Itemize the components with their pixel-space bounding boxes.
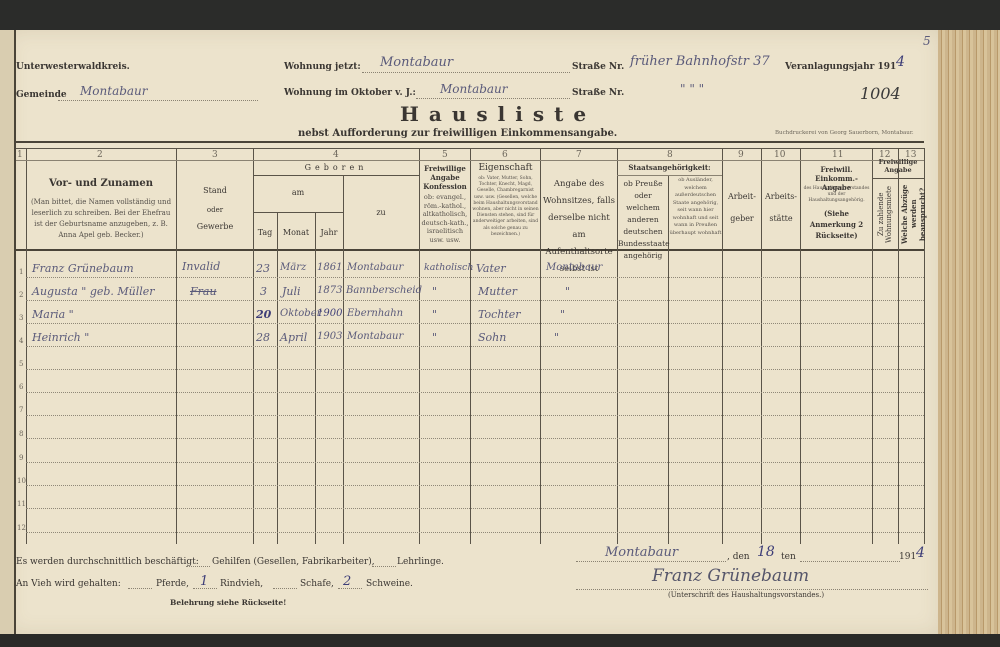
row-number: 7 <box>19 406 23 414</box>
wohnung-oktober-value: Montabaur <box>440 82 508 96</box>
cell-monat: April <box>280 331 307 344</box>
row-number: 12 <box>17 524 26 532</box>
header-staats-preusse: ob Preuße oder welchem anderen deutschen… <box>618 178 668 262</box>
cell-geburtsort: Montabaur <box>347 262 403 273</box>
col-number: 4 <box>333 150 339 160</box>
gehilfen-label: Gehilfen (Gesellen, Fabrikarbeiter), <box>212 557 375 567</box>
strasse-label-2: Straße Nr. <box>572 88 624 98</box>
cell-monat: Oktober <box>280 308 321 319</box>
printer-imprint: Buchdruckerei von Georg Sauerborn, Monta… <box>775 130 914 136</box>
freiwillig-line <box>872 178 924 179</box>
cell-jahr: 1903 <box>317 331 342 342</box>
header-eigenschaft-note: ob: Vater, Mutter, Sohn, Tochter, Knecht… <box>472 176 539 238</box>
row-number: 11 <box>17 500 26 508</box>
page-number-corner: 5 <box>923 34 931 48</box>
row-line <box>26 323 924 324</box>
col-number: 11 <box>832 150 843 160</box>
belehrung-note: Belehrung siehe Rückseite! <box>170 598 286 607</box>
cell-name: Franz Grünebaum <box>32 262 134 275</box>
cell-eigenschaft: Mutter <box>478 285 517 298</box>
strasse-value-2: " " " <box>680 82 704 96</box>
district-label: Unterwesterwaldkreis. <box>16 62 130 72</box>
table-top-border <box>16 141 924 143</box>
document-subtitle: nebst Aufforderung zur freiwilligen Eink… <box>298 128 617 139</box>
wohnung-jetzt-label: Wohnung jetzt: <box>284 62 361 72</box>
gehilfen-line <box>186 566 210 567</box>
row-line <box>26 346 924 347</box>
row-number: 10 <box>17 477 26 485</box>
veranlagungsjahr-value: 4 <box>896 54 905 70</box>
list-number: 1004 <box>860 84 901 103</box>
row-number: 4 <box>19 337 23 345</box>
strasse-value-1: früher Bahnhofstr 37 <box>630 54 770 69</box>
row-number: 3 <box>19 314 23 322</box>
cell-name: Augusta " geb. Müller <box>32 285 155 298</box>
col-divider <box>277 212 278 544</box>
cell-konfession: " <box>432 331 437 344</box>
header-jahr: Jahr <box>315 228 343 238</box>
strasse-label-1: Straße Nr. <box>572 62 624 72</box>
schafe-label: Schafe, <box>300 579 334 589</box>
cell-geburtsort: Bannberscheid <box>346 285 422 296</box>
row-line <box>26 462 924 463</box>
header-arbeitgeber: Arbeit-geber <box>723 186 761 230</box>
staats-line <box>617 175 722 176</box>
gemeinde-value: Montabaur <box>80 84 148 98</box>
header-staatsangehoerigkeit: Staatsangehörigkeit: <box>617 163 722 173</box>
header-eigenschaft: Eigenschaft <box>471 164 540 174</box>
gemeinde-label: Gemeinde <box>16 90 67 100</box>
header-gewerbe: Gewerbe <box>178 222 252 232</box>
book-cover-top <box>0 0 1000 30</box>
row-number: 1 <box>19 268 23 276</box>
col-number: 6 <box>502 150 508 160</box>
schafe-line <box>273 588 297 589</box>
header-name-note: (Man bittet, die Namen vollständig und l… <box>30 197 172 241</box>
cell-jahr: 1873 <box>317 285 342 296</box>
geboren-line <box>253 175 419 176</box>
rindvieh-label: Rindvieh, <box>220 579 263 589</box>
den-label: , den <box>727 552 750 562</box>
cell-tag: 20 <box>256 308 271 321</box>
header-einkommen-ref: (Siehe Anmerkung 2 Rückseite) <box>801 208 872 241</box>
left-page-edge <box>0 30 16 634</box>
header-geboren: Geboren <box>253 163 419 173</box>
cell-tag: 3 <box>260 285 267 298</box>
header-freiwillige-angabe: Freiwillige Angabe <box>872 158 924 174</box>
signature-line <box>576 589 928 590</box>
row-line <box>26 485 924 486</box>
day-value: 18 <box>757 544 775 560</box>
header-stand: Stand <box>178 186 252 196</box>
cell-jahr: 1861 <box>317 262 342 273</box>
beschaeftigt-label: Es werden durchschnittlich beschäftigt: <box>16 557 199 567</box>
place-line <box>576 561 726 562</box>
cell-konfession: katholisch <box>424 262 473 273</box>
am-line <box>253 212 343 213</box>
header-konfession-note: ob: evangel., röm.-kathol., altkatholisc… <box>420 193 470 244</box>
signature: Franz Grünebaum <box>652 566 809 586</box>
veranlagungsjahr-label: Veranlagungsjahr 191 <box>785 62 896 72</box>
cell-konfession: " <box>432 308 437 321</box>
cell-eigenschaft: Sohn <box>478 331 506 344</box>
wohnung-oktober-label: Wohnung im Oktober v. J.: <box>284 88 416 98</box>
cell-monat: März <box>280 262 306 273</box>
document-title: Hausliste <box>400 102 596 126</box>
pferde-line <box>128 588 152 589</box>
col-number: 10 <box>774 150 785 160</box>
cell-tag: 28 <box>256 331 270 344</box>
lehrlinge-line <box>372 566 396 567</box>
row-line <box>26 369 924 370</box>
cell-jahr: 1900 <box>317 308 342 319</box>
row-line <box>26 532 924 533</box>
wohnung-jetzt-value: Montabaur <box>380 55 453 70</box>
cell-tag: 23 <box>256 262 270 275</box>
header-staats-auslaender: ob Ausländer, welchem außerdeutschen Sta… <box>669 177 722 237</box>
book-cover-bottom <box>0 634 1000 647</box>
cell-name: Maria " <box>32 308 74 321</box>
row-number: 9 <box>19 454 23 462</box>
row-line <box>26 392 924 393</box>
schweine-label: Schweine. <box>366 579 413 589</box>
cell-monat: Juli <box>282 285 301 298</box>
header-am: am <box>253 188 343 198</box>
schweine-value: 2 <box>343 574 351 589</box>
signature-caption: (Unterschrift des Haushaltungsvorstandes… <box>668 591 824 599</box>
row-line <box>26 438 924 439</box>
cell-eigenschaft: Vater <box>476 262 506 275</box>
row-number: 2 <box>19 291 23 299</box>
vieh-label: An Vieh wird gehalten: <box>16 579 121 589</box>
header-miete: Zu zahlende Wohnungsmiete <box>877 182 895 246</box>
header-konfession: Freiwillige Angabe Konfession <box>420 164 470 191</box>
col-number: 1 <box>17 150 23 160</box>
row-line <box>26 300 924 301</box>
cell-stand: Frau <box>190 285 217 298</box>
header-name: Vor- und Zunamen <box>28 178 174 189</box>
lehrlinge-label: Lehrlinge. <box>397 557 444 567</box>
cell-geburtsort: Ebernhahn <box>347 308 403 319</box>
header-arbeitsstaette: Arbeits-stätte <box>762 186 800 230</box>
col-number: 9 <box>738 150 744 160</box>
col-divider <box>315 212 316 544</box>
wohnung-oktober-line <box>416 98 570 99</box>
year-line <box>800 561 900 562</box>
cell-wohnsitz: Montabaur <box>546 262 602 273</box>
col-divider <box>343 175 344 544</box>
col-number: 8 <box>667 150 673 160</box>
header-oder: oder <box>178 206 252 216</box>
col-number-line <box>16 160 924 161</box>
cell-eigenschaft: Tochter <box>478 308 521 321</box>
wohnung-jetzt-line <box>362 72 570 73</box>
cell-wohnsitz: " <box>560 308 565 321</box>
page-stack-edge <box>938 30 1000 635</box>
row-number: 8 <box>19 430 23 438</box>
cell-geburtsort: Montabaur <box>347 331 403 342</box>
header-monat: Monat <box>277 228 315 238</box>
place-value: Montabaur <box>605 545 678 560</box>
cell-stand: Invalid <box>182 260 220 273</box>
rindvieh-value: 1 <box>200 574 208 589</box>
cell-konfession: " <box>432 285 437 298</box>
pferde-label: Pferde, <box>156 579 189 589</box>
cell-name: Heinrich " <box>32 331 89 344</box>
col-number: 7 <box>576 150 582 160</box>
row-line <box>26 508 924 509</box>
col-number: 2 <box>97 150 103 160</box>
ten-label: ten <box>781 552 796 562</box>
header-tag: Tag <box>253 228 277 238</box>
row-line <box>26 277 924 278</box>
cell-wohnsitz: " <box>565 285 570 298</box>
header-einkommen-note: des Haushaltungsvorstandes und der Haush… <box>802 186 871 204</box>
year-value: 4 <box>916 545 925 561</box>
cell-wohnsitz: " <box>554 331 559 344</box>
header-abzuege: Welche Abzüge werden beansprucht? <box>900 182 922 246</box>
row-number: 5 <box>19 360 23 368</box>
col-number: 3 <box>212 150 218 160</box>
header-zu: zu <box>343 208 419 218</box>
gemeinde-line <box>58 100 258 101</box>
year-prefix: 191 <box>899 552 916 562</box>
col-number: 5 <box>442 150 448 160</box>
row-number: 6 <box>19 383 23 391</box>
row-line <box>26 415 924 416</box>
